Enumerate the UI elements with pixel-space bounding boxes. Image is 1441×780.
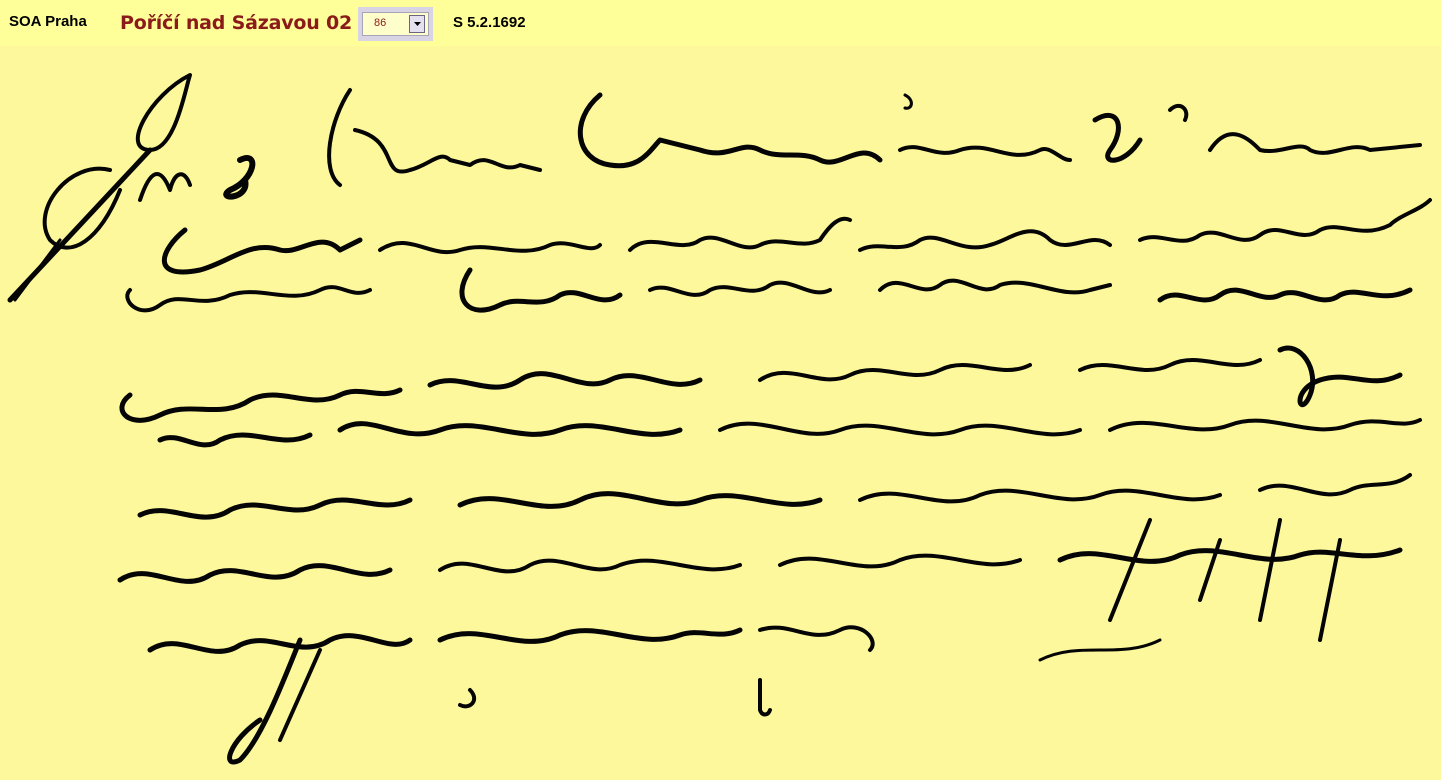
record-signature: S 5.2.1692 [453, 14, 526, 31]
page-number-value: 86 [374, 17, 386, 29]
header-bar: SOA Praha Poříčí nad Sázavou 02 86 S 5.2… [0, 0, 1441, 46]
page-select-field[interactable]: 86 [362, 12, 429, 36]
manuscript-scan[interactable] [0, 46, 1441, 780]
record-viewer: SOA Praha Poříčí nad Sázavou 02 86 S 5.2… [0, 0, 1441, 780]
page-select[interactable]: 86 [358, 7, 433, 41]
handwriting-strokes [10, 75, 1430, 762]
chevron-down-icon [414, 22, 421, 26]
register-title[interactable]: Poříčí nad Sázavou 02 [120, 12, 352, 34]
archive-name: SOA Praha [9, 13, 87, 30]
handwriting-image [0, 46, 1441, 780]
page-select-dropdown-button[interactable] [409, 15, 425, 33]
